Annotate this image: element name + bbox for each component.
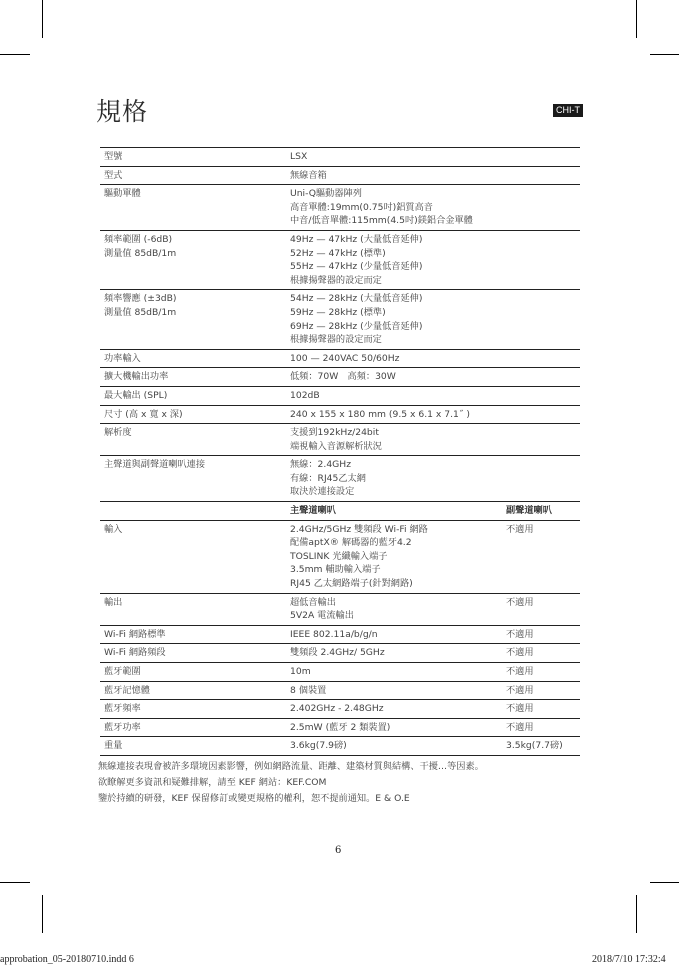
spec-label: 藍牙頻率 (100, 700, 286, 719)
spec-secondary-value-line: 不適用 (506, 665, 580, 679)
crop-mark (0, 54, 30, 55)
table-row: 藍牙記憶體8 個裝置不適用 (100, 681, 580, 700)
spec-label: 驅動單體 (100, 185, 286, 231)
spec-main-value-line: 59Hz — 28kHz (標準) (290, 306, 502, 320)
spec-main-value: 雙頻段 2.4GHz/ 5GHz (286, 644, 502, 663)
crop-mark (650, 54, 679, 55)
spec-main-value: 2.402GHz - 2.48GHz (286, 700, 502, 719)
spec-label: 解析度 (100, 424, 286, 456)
spec-secondary-value (502, 349, 580, 368)
spec-label-line: 擴大機輸出功率 (104, 370, 286, 384)
spec-label: 藍牙範圍 (100, 663, 286, 682)
spec-main-value: LSX (286, 148, 502, 167)
spec-label-line: 藍牙頻率 (104, 702, 286, 716)
spec-main-value-line: 支援到192kHz/24bit (290, 426, 502, 440)
spec-secondary-value-line: 不適用 (506, 684, 580, 698)
spec-main-value: 3.6kg(7.9磅) (286, 737, 502, 756)
spec-main-value-line: 中音/低音單體:115mm(4.5吋)鎂鋁合金單體 (290, 214, 502, 228)
spec-main-value: 無線：2.4GHz有線：RJ45乙太網取決於連接設定 (286, 456, 502, 502)
spec-label: 頻率響應 (±3dB)測量值 85dB/1m (100, 290, 286, 349)
spec-label-line: 藍牙範圍 (104, 665, 286, 679)
table-row: 輸入2.4GHz/5GHz 雙頻段 Wi-Fi 網路配備aptX® 解碼器的藍牙… (100, 520, 580, 593)
spec-secondary-value: 不適用 (502, 663, 580, 682)
spec-label-line: 測量值 85dB/1m (104, 306, 286, 320)
spec-label: Wi-Fi 網路頻段 (100, 644, 286, 663)
spec-main-value-line: 無線：2.4GHz (290, 458, 502, 472)
spec-secondary-value: 不適用 (502, 644, 580, 663)
print-slug-file: approbation_05-20180710.indd 6 (0, 954, 134, 965)
spec-main-value-line: 取決於連接設定 (290, 485, 502, 499)
spec-secondary-value-line: 不適用 (506, 721, 580, 735)
spec-main-value-line: 8 個裝置 (290, 684, 502, 698)
spec-main-value: 2.5mW (藍牙 2 類裝置) (286, 718, 502, 737)
spec-label-line: 型式 (104, 169, 286, 183)
table-row: 驅動單體Uni-Q驅動器陣列高音單體:19mm(0.75吋)鋁質高音中音/低音單… (100, 185, 580, 231)
spec-label-line: Wi-Fi 網路標準 (104, 628, 286, 642)
spec-main-value-line: Uni-Q驅動器陣列 (290, 187, 502, 201)
spec-main-value-line: 49Hz — 47kHz (大量低音延伸) (290, 233, 502, 247)
spec-label: 最大輸出 (SPL) (100, 386, 286, 405)
table-row: 擴大機輸出功率低頻：70W 高頻：30W (100, 368, 580, 387)
table-row: 型號LSX (100, 148, 580, 167)
spec-label: 功率輸入 (100, 349, 286, 368)
spec-secondary-value (502, 166, 580, 185)
spec-label-line: 藍牙功率 (104, 721, 286, 735)
table-row: 輸出超低音輸出5V2A 電流輸出不適用 (100, 593, 580, 625)
spec-label-line: 重量 (104, 739, 286, 753)
note-line: 欲瞭解更多資訊和疑難排解，請至 KEF 網站：KEF.COM (98, 775, 484, 791)
spec-main-value: 49Hz — 47kHz (大量低音延伸)52Hz — 47kHz (標準)55… (286, 230, 502, 289)
table-row: 藍牙功率2.5mW (藍牙 2 類裝置)不適用 (100, 718, 580, 737)
spec-main-value: 超低音輸出5V2A 電流輸出 (286, 593, 502, 625)
spec-secondary-value-line: 3.5kg(7.7磅) (506, 739, 580, 753)
spec-label-line: 輸出 (104, 596, 286, 610)
spec-main-value: 低頻：70W 高頻：30W (286, 368, 502, 387)
spec-main-value-line: 3.5mm 輔助輸入端子 (290, 563, 502, 577)
note-line: 鑒於持續的研發，KEF 保留修訂或變更規格的權利，恕不提前通知。E & O.E (98, 791, 484, 807)
spec-main-value-line: 超低音輸出 (290, 596, 502, 610)
spec-main-value-line: 10m (290, 665, 502, 679)
spec-main-value: 240 x 155 x 180 mm (9.5 x 6.1 x 7.1˝ ) (286, 405, 502, 424)
spec-label: 藍牙功率 (100, 718, 286, 737)
spec-main-value-line: 69Hz — 28kHz (少量低音延伸) (290, 320, 502, 334)
spec-label: 輸入 (100, 520, 286, 593)
spec-label-line: 尺寸 (高 x 寬 x 深) (104, 408, 286, 422)
spec-secondary-value (502, 424, 580, 456)
spec-main-value-line: 55Hz — 47kHz (少量低音延伸) (290, 260, 502, 274)
spec-label-line: 解析度 (104, 426, 286, 440)
spec-secondary-value: 不適用 (502, 700, 580, 719)
spec-secondary-value: 不適用 (502, 593, 580, 625)
spec-main-value-line: 高音單體:19mm(0.75吋)鋁質高音 (290, 201, 502, 215)
spec-main-value-line: 端視輸入音源解析狀況 (290, 440, 502, 454)
spec-secondary-value (502, 386, 580, 405)
spec-main-value-line: 52Hz — 47kHz (標準) (290, 247, 502, 261)
spec-main-value-line: 2.402GHz - 2.48GHz (290, 702, 502, 716)
spec-main-value-line: 5V2A 電流輸出 (290, 609, 502, 623)
spec-label: 型號 (100, 148, 286, 167)
spec-label-line: 頻率範圍 (-6dB) (104, 233, 286, 247)
spec-table: 型號LSX型式無線音箱驅動單體Uni-Q驅動器陣列高音單體:19mm(0.75吋… (100, 147, 580, 756)
spec-secondary-value-line: 不適用 (506, 702, 580, 716)
spec-main-value-line: LSX (290, 150, 502, 164)
column-header-secondary: 副聲道喇叭 (502, 502, 580, 521)
table-row: 功率輸入100 — 240VAC 50/60Hz (100, 349, 580, 368)
spec-label: 藍牙記憶體 (100, 681, 286, 700)
spec-main-value-line: 配備aptX® 解碼器的藍牙4.2 (290, 536, 502, 550)
crop-mark (42, 0, 43, 38)
column-header-row: 主聲道喇叭副聲道喇叭 (100, 502, 580, 521)
spec-main-value: 支援到192kHz/24bit端視輸入音源解析狀況 (286, 424, 502, 456)
spec-secondary-value: 不適用 (502, 520, 580, 593)
spec-secondary-value-line: 不適用 (506, 596, 580, 610)
spec-label-line: 型號 (104, 150, 286, 164)
table-row: Wi-Fi 網路頻段雙頻段 2.4GHz/ 5GHz不適用 (100, 644, 580, 663)
crop-mark (636, 895, 637, 933)
spec-label: 擴大機輸出功率 (100, 368, 286, 387)
spec-main-value: 2.4GHz/5GHz 雙頻段 Wi-Fi 網路配備aptX® 解碼器的藍牙4.… (286, 520, 502, 593)
table-row: 解析度支援到192kHz/24bit端視輸入音源解析狀況 (100, 424, 580, 456)
spec-label: 輸出 (100, 593, 286, 625)
spec-label-line: 主聲道與副聲道喇叭連接 (104, 458, 286, 472)
spec-secondary-value (502, 230, 580, 289)
spec-main-value-line: 100 — 240VAC 50/60Hz (290, 352, 502, 366)
spec-label-line: 測量值 85dB/1m (104, 247, 286, 261)
page-number: 6 (335, 845, 341, 856)
table-row: 最大輸出 (SPL)102dB (100, 386, 580, 405)
table-row: 型式無線音箱 (100, 166, 580, 185)
spec-main-value-line: 低頻：70W 高頻：30W (290, 370, 502, 384)
spec-main-value-line: 102dB (290, 389, 502, 403)
print-slug-timestamp: 2018/7/10 17:32:4 (592, 954, 666, 965)
spec-secondary-value-line: 不適用 (506, 628, 580, 642)
spec-main-value: IEEE 802.11a/b/g/n (286, 625, 502, 644)
spec-main-value: Uni-Q驅動器陣列高音單體:19mm(0.75吋)鋁質高音中音/低音單體:11… (286, 185, 502, 231)
spec-secondary-value (502, 368, 580, 387)
table-row: 重量3.6kg(7.9磅)3.5kg(7.7磅) (100, 737, 580, 756)
spec-main-value: 54Hz — 28kHz (大量低音延伸)59Hz — 28kHz (標準)69… (286, 290, 502, 349)
spec-label-line: 最大輸出 (SPL) (104, 389, 286, 403)
spec-main-value-line: 2.5mW (藍牙 2 類裝置) (290, 721, 502, 735)
table-row: 藍牙頻率2.402GHz - 2.48GHz不適用 (100, 700, 580, 719)
language-badge: CHI-T (553, 104, 583, 117)
spec-main-value-line: 54Hz — 28kHz (大量低音延伸) (290, 292, 502, 306)
column-header-main: 主聲道喇叭 (286, 502, 502, 521)
spec-label: 尺寸 (高 x 寬 x 深) (100, 405, 286, 424)
spec-label: 主聲道與副聲道喇叭連接 (100, 456, 286, 502)
table-row: 藍牙範圍10m不適用 (100, 663, 580, 682)
crop-mark (650, 882, 679, 883)
spec-secondary-value (502, 405, 580, 424)
spec-label-line: Wi-Fi 網路頻段 (104, 646, 286, 660)
spec-label-line: 藍牙記憶體 (104, 684, 286, 698)
crop-mark (42, 895, 43, 933)
spec-main-value-line: 無線音箱 (290, 169, 502, 183)
spec-main-value-line: 有線：RJ45乙太網 (290, 472, 502, 486)
spec-label-line: 輸入 (104, 523, 286, 537)
spec-main-value-line: 根據揚聲器的設定而定 (290, 274, 502, 288)
table-row: Wi-Fi 網路標準IEEE 802.11a/b/g/n不適用 (100, 625, 580, 644)
spec-main-value-line: 2.4GHz/5GHz 雙頻段 Wi-Fi 網路 (290, 523, 502, 537)
spec-main-value-line: RJ45 乙太網路端子(針對網路) (290, 577, 502, 591)
spec-label-line: 頻率響應 (±3dB) (104, 292, 286, 306)
spec-secondary-value-line: 不適用 (506, 523, 580, 537)
crop-mark (0, 882, 30, 883)
table-row: 主聲道與副聲道喇叭連接無線：2.4GHz有線：RJ45乙太網取決於連接設定 (100, 456, 580, 502)
spec-secondary-value (502, 290, 580, 349)
spec-secondary-value: 3.5kg(7.7磅) (502, 737, 580, 756)
spec-main-value: 8 個裝置 (286, 681, 502, 700)
spec-secondary-value (502, 148, 580, 167)
spec-secondary-value: 不適用 (502, 681, 580, 700)
spec-main-value-line: 根據揚聲器的設定而定 (290, 333, 502, 347)
column-header-label (100, 502, 286, 521)
spec-main-value-line: TOSLINK 光纖輸入端子 (290, 550, 502, 564)
spec-secondary-value (502, 456, 580, 502)
page-title: 規格 (96, 92, 148, 128)
spec-main-value: 10m (286, 663, 502, 682)
crop-mark (636, 0, 637, 38)
spec-main-value: 102dB (286, 386, 502, 405)
spec-secondary-value: 不適用 (502, 625, 580, 644)
spec-main-value-line: 雙頻段 2.4GHz/ 5GHz (290, 646, 502, 660)
spec-label: 重量 (100, 737, 286, 756)
spec-label-line: 功率輸入 (104, 352, 286, 366)
spec-main-value: 無線音箱 (286, 166, 502, 185)
spec-label: 頻率範圍 (-6dB)測量值 85dB/1m (100, 230, 286, 289)
table-row: 尺寸 (高 x 寬 x 深)240 x 155 x 180 mm (9.5 x … (100, 405, 580, 424)
spec-main-value: 100 — 240VAC 50/60Hz (286, 349, 502, 368)
spec-main-value-line: 3.6kg(7.9磅) (290, 739, 502, 753)
spec-label-line: 驅動單體 (104, 187, 286, 201)
spec-main-value-line: IEEE 802.11a/b/g/n (290, 628, 502, 642)
spec-main-value-line: 240 x 155 x 180 mm (9.5 x 6.1 x 7.1˝ ) (290, 408, 502, 422)
spec-label: Wi-Fi 網路標準 (100, 625, 286, 644)
note-line: 無線連接表現會被許多環境因素影響，例如網路流量、距離、建築材質與結構、干擾…等因… (98, 759, 484, 775)
table-row: 頻率響應 (±3dB)測量值 85dB/1m54Hz — 28kHz (大量低音… (100, 290, 580, 349)
spec-secondary-value-line: 不適用 (506, 646, 580, 660)
spec-secondary-value: 不適用 (502, 718, 580, 737)
notes: 無線連接表現會被許多環境因素影響，例如網路流量、距離、建築材質與結構、干擾…等因… (98, 759, 484, 807)
spec-secondary-value (502, 185, 580, 231)
table-row: 頻率範圍 (-6dB)測量值 85dB/1m49Hz — 47kHz (大量低音… (100, 230, 580, 289)
spec-label: 型式 (100, 166, 286, 185)
